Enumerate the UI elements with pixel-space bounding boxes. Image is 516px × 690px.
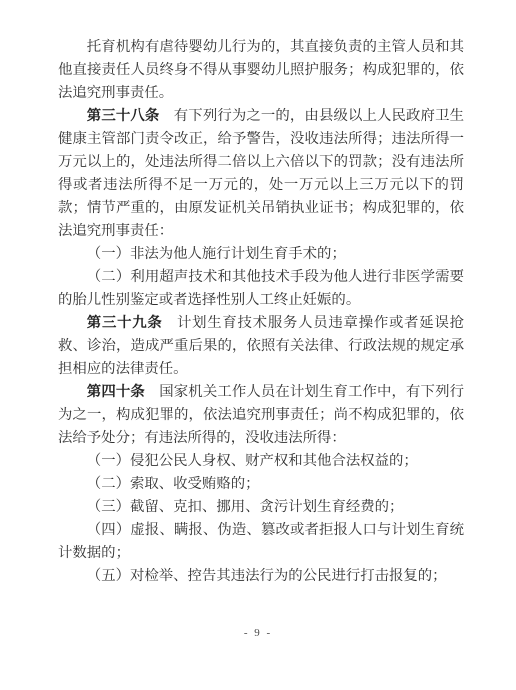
paragraph-text: （二）利用超声技术和其他技术手段为他人进行非医学需要的胎儿性别鉴定或者选择性别人… [58, 269, 464, 308]
article-paragraph: 第四十条国家机关工作人员在计划生育工作中，有下列行为之一，构成犯罪的，依法追究刑… [58, 381, 464, 450]
document-body: 托育机构有虐待婴幼儿行为的，其直接负责的主管人员和其他直接责任人员终身不得从事婴… [58, 36, 464, 588]
list-item-paragraph: （二）利用超声技术和其他技术手段为他人进行非医学需要的胎儿性别鉴定或者选择性别人… [58, 266, 464, 312]
paragraph-text: 有下列行为之一的，由县级以上人民政府卫生健康主管部门责令改正，给予警告，没收违法… [58, 108, 464, 239]
paragraph-text: （四）虚报、瞒报、伪造、篡改或者拒报人口与计划生育统计数据的； [58, 522, 464, 561]
paragraph-text: （五）对检举、控告其违法行为的公民进行打击报复的； [87, 568, 447, 584]
list-item-paragraph: （四）虚报、瞒报、伪造、篡改或者拒报人口与计划生育统计数据的； [58, 519, 464, 565]
paragraph-text: 托育机构有虐待婴幼儿行为的，其直接负责的主管人员和其他直接责任人员终身不得从事婴… [58, 39, 464, 101]
paragraph-text: （一）非法为他人施行计划生育手术的； [87, 246, 346, 262]
page-number: - 9 - [0, 627, 516, 639]
document-page: 托育机构有虐待婴幼儿行为的，其直接负责的主管人员和其他直接责任人员终身不得从事婴… [0, 0, 516, 690]
paragraph-text: （一）侵犯公民人身权、财产权和其他合法权益的； [87, 453, 418, 469]
paragraph-text: （二）索取、收受贿赂的； [87, 476, 260, 492]
article-number: 第三十八条 [87, 108, 160, 124]
list-item-paragraph: （一）非法为他人施行计划生育手术的； [58, 243, 464, 266]
article-number: 第三十九条 [87, 315, 163, 331]
list-item-paragraph: （五）对检举、控告其违法行为的公民进行打击报复的； [58, 565, 464, 588]
article-paragraph: 第三十八条有下列行为之一的，由县级以上人民政府卫生健康主管部门责令改正，给予警告… [58, 105, 464, 243]
list-item-paragraph: （二）索取、收受贿赂的； [58, 473, 464, 496]
article-paragraph: 第三十九条计划生育技术服务人员违章操作或者延误抢救、诊治，造成严重后果的，依照有… [58, 312, 464, 381]
paragraph-text: （三）截留、克扣、挪用、贪污计划生育经费的； [87, 499, 404, 515]
article-number: 第四十条 [87, 384, 145, 400]
body-paragraph: 托育机构有虐待婴幼儿行为的，其直接负责的主管人员和其他直接责任人员终身不得从事婴… [58, 36, 464, 105]
list-item-paragraph: （一）侵犯公民人身权、财产权和其他合法权益的； [58, 450, 464, 473]
list-item-paragraph: （三）截留、克扣、挪用、贪污计划生育经费的； [58, 496, 464, 519]
